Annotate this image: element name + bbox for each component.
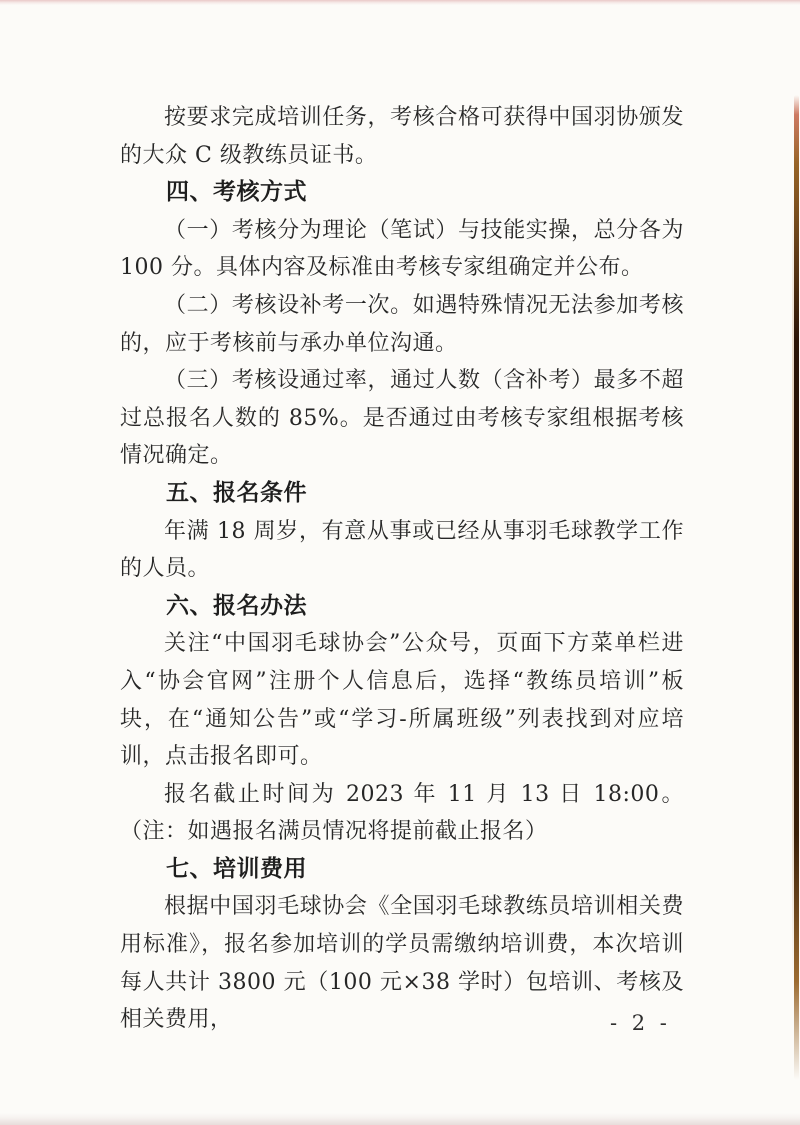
section-heading: 七、培训费用 xyxy=(120,851,684,889)
paragraph: 关注“中国羽毛球协会”公众号，页面下方菜单栏进入“协会官网”注册个人信息后，选择… xyxy=(120,625,684,775)
scan-bottom-edge-artifact xyxy=(0,1113,800,1125)
document-body: 按要求完成培训任务，考核合格可获得中国羽协颁发的大众 C 级教练员证书。四、考核… xyxy=(120,99,684,1039)
scan-top-edge-artifact xyxy=(0,0,800,5)
scanned-document-page: 按要求完成培训任务，考核合格可获得中国羽协颁发的大众 C 级教练员证书。四、考核… xyxy=(0,0,800,1125)
section-heading: 五、报名条件 xyxy=(120,475,684,513)
paragraph: 根据中国羽毛球协会《全国羽毛球教练员培训相关费用标准》，报名参加培训的学员需缴纳… xyxy=(120,888,684,1038)
section-heading: 四、考核方式 xyxy=(120,174,684,212)
paragraph: （三）考核设通过率，通过人数（含补考）最多不超过总报名人数的 85%。是否通过由… xyxy=(120,362,684,475)
paragraph: （二）考核设补考一次。如遇特殊情况无法参加考核的，应于考核前与承办单位沟通。 xyxy=(120,287,684,362)
paragraph: 报名截止时间为 2023 年 11 月 13 日 18:00。（注：如遇报名满员… xyxy=(120,776,684,851)
scan-spine-line-artifact xyxy=(794,95,799,1080)
paragraph: 年满 18 周岁，有意从事或已经从事羽毛球教学工作的人员。 xyxy=(120,513,684,588)
paragraph: （一）考核分为理论（笔试）与技能实操，总分各为 100 分。具体内容及标准由考核… xyxy=(120,212,684,287)
page-number: - 2 - xyxy=(610,1011,671,1035)
paragraph: 按要求完成培训任务，考核合格可获得中国羽协颁发的大众 C 级教练员证书。 xyxy=(120,99,684,174)
section-heading: 六、报名办法 xyxy=(120,588,684,626)
